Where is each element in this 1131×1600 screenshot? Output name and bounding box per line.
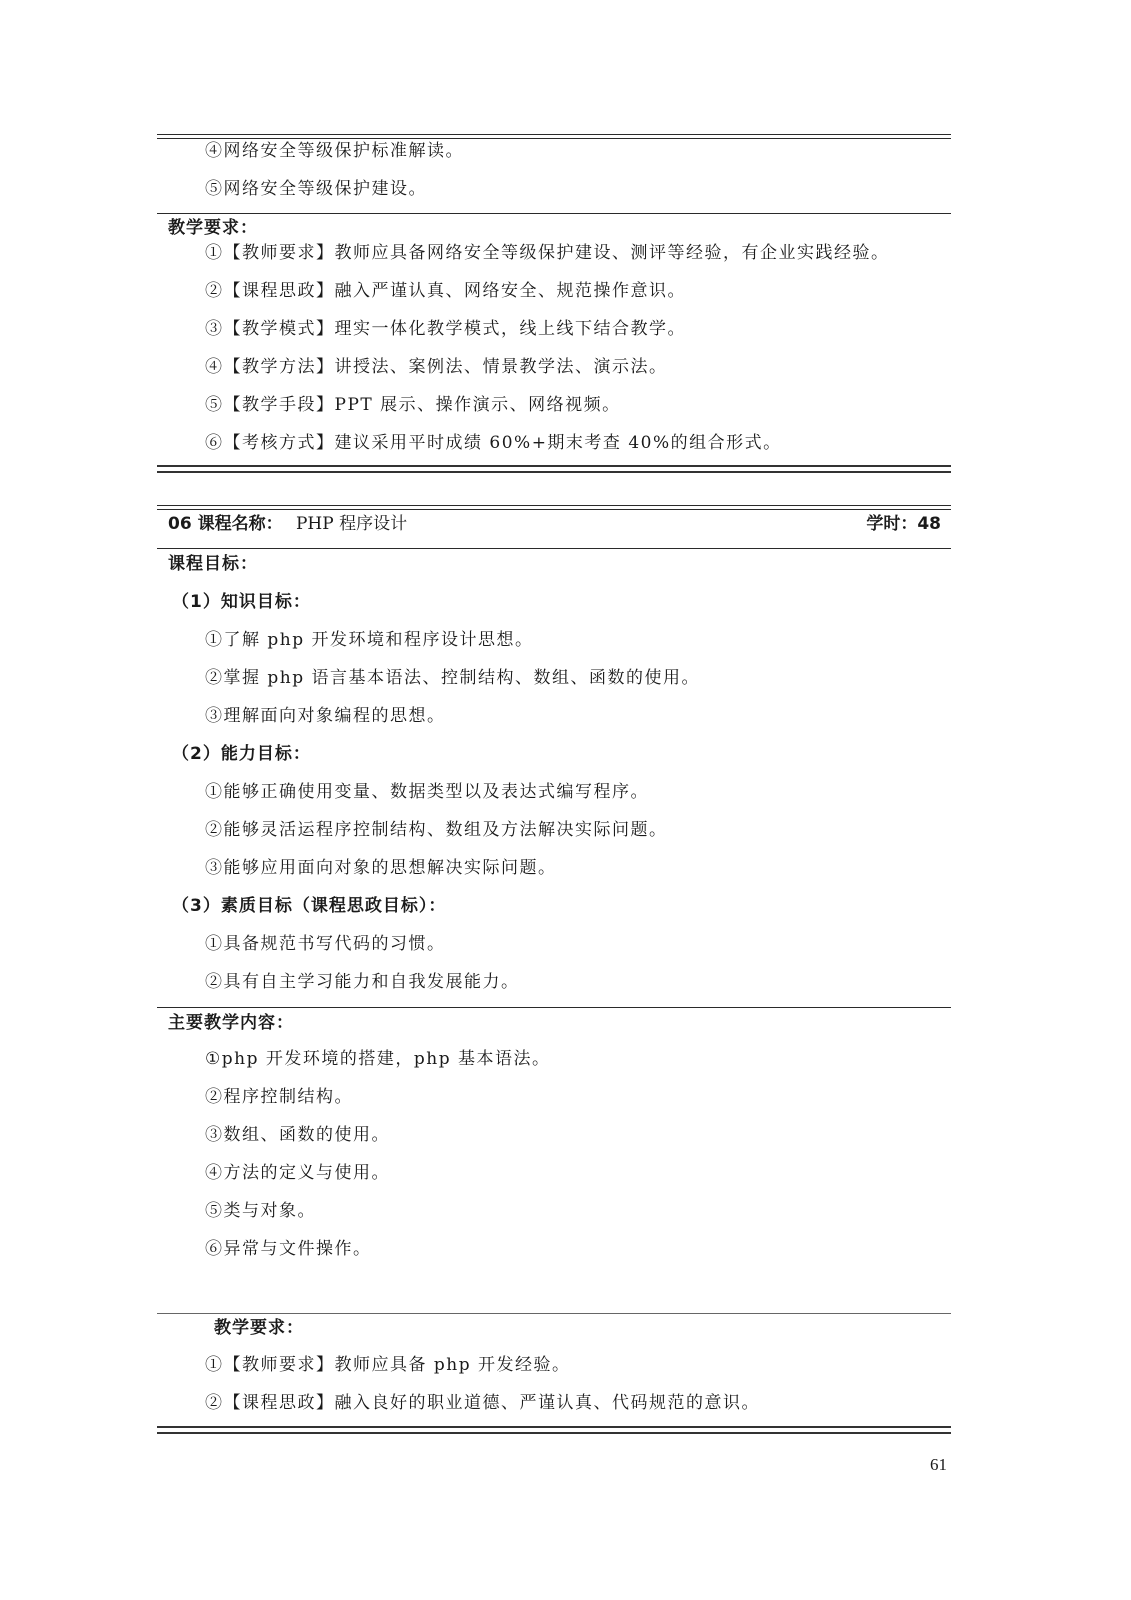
ability-heading: （2）能力目标：	[172, 743, 311, 765]
requirement-item: ③【教学模式】理实一体化教学模式，线上线下结合教学。	[205, 318, 686, 340]
course-hours: 学时：48	[866, 513, 941, 535]
section-divider	[157, 213, 951, 214]
content-item: ③数组、函数的使用。	[205, 1124, 390, 1146]
requirement-item: ⑤【教学手段】PPT 展示、操作演示、网络视频。	[205, 394, 621, 416]
table-top-rule	[157, 134, 951, 139]
requirement-item: ②【课程思政】融入严谨认真、网络安全、规范操作意识。	[205, 280, 686, 302]
content-item: ②程序控制结构。	[205, 1086, 353, 1108]
knowledge-item: ③理解面向对象编程的思想。	[205, 705, 446, 727]
ability-item: ①能够正确使用变量、数据类型以及表达式编写程序。	[205, 781, 649, 803]
requirements-heading: 教学要求：	[214, 1317, 304, 1339]
quality-heading: （3）素质目标（课程思政目标）：	[172, 895, 446, 917]
requirement-item: ④【教学方法】讲授法、案例法、情景教学法、演示法。	[205, 356, 668, 378]
content-item: ④方法的定义与使用。	[205, 1162, 390, 1184]
content-item: ⑤网络安全等级保护建设。	[205, 178, 427, 200]
section-divider	[157, 548, 951, 549]
section-divider	[157, 1007, 951, 1008]
requirement-item: ②【课程思政】融入良好的职业道德、严谨认真、代码规范的意识。	[205, 1392, 760, 1414]
content-item: ⑤类与对象。	[205, 1200, 316, 1222]
content-item: ①php 开发环境的搭建，php 基本语法。	[205, 1048, 550, 1070]
table-bottom-rule	[157, 465, 951, 473]
knowledge-item: ①了解 php 开发环境和程序设计思想。	[205, 629, 534, 651]
quality-item: ①具备规范书写代码的习惯。	[205, 933, 446, 955]
requirement-item: ①【教师要求】教师应具备 php 开发经验。	[205, 1354, 571, 1376]
content-heading: 主要教学内容：	[168, 1012, 294, 1034]
requirements-heading: 教学要求：	[168, 217, 258, 239]
quality-item: ②具有自主学习能力和自我发展能力。	[205, 971, 520, 993]
course-title: 06 课程名称： PHP 程序设计	[168, 513, 407, 535]
knowledge-item: ②掌握 php 语言基本语法、控制结构、数组、函数的使用。	[205, 667, 700, 689]
section-divider	[157, 1313, 951, 1314]
knowledge-heading: （1）知识目标：	[172, 591, 311, 613]
objectives-heading: 课程目标：	[168, 553, 258, 575]
ability-item: ②能够灵活运程序控制结构、数组及方法解决实际问题。	[205, 819, 668, 841]
course-name: PHP 程序设计	[296, 514, 407, 534]
document-page: ④网络安全等级保护标准解读。 ⑤网络安全等级保护建设。 教学要求： ①【教师要求…	[0, 0, 1131, 1600]
page-number: 61	[930, 1455, 947, 1475]
ability-item: ③能够应用面向对象的思想解决实际问题。	[205, 857, 557, 879]
table-bottom-rule	[157, 1426, 951, 1434]
content-item: ④网络安全等级保护标准解读。	[205, 140, 464, 162]
requirement-item: ①【教师要求】教师应具备网络安全等级保护建设、测评等经验，有企业实践经验。	[205, 242, 890, 264]
course-number-label: 06 课程名称：	[168, 514, 283, 534]
table-top-rule	[157, 505, 951, 510]
content-item: ⑥异常与文件操作。	[205, 1238, 372, 1260]
requirement-item: ⑥【考核方式】建议采用平时成绩 60%+期末考查 40%的组合形式。	[205, 432, 782, 454]
